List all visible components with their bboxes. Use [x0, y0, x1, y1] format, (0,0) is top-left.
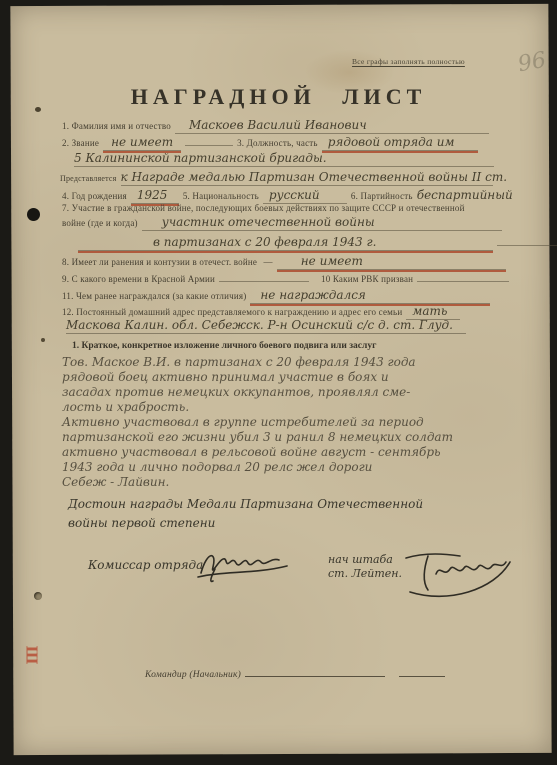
field-position-cont: 5 Калининской партизанской бригады. — [74, 149, 494, 167]
field-nationality-label: 5. Национальность — [183, 191, 259, 201]
feat-conclusion: Достоин награды Медали Партизана Отечест… — [68, 497, 423, 511]
feat-line: Себеж - Лайвин. — [62, 475, 169, 489]
field-name: 1. Фамилия имя и отчество Маскоев Васили… — [62, 116, 489, 134]
blank-line — [185, 135, 233, 146]
field-war-value2: в партизанах с 20 февраля 1943 г. — [78, 235, 493, 251]
field-war-value: участник отечественной войны — [142, 215, 502, 231]
field-birth-value: 1925 — [131, 188, 179, 204]
paper-hole — [34, 592, 42, 600]
field-army-value-blank — [219, 271, 309, 282]
field-position-label: 3. Должность, часть — [237, 138, 318, 148]
feat-line: 1943 года и лично подорвал 20 релс жел д… — [62, 460, 372, 474]
field-war-row: войне (где и когда) участник отечественн… — [62, 213, 502, 231]
fill-all-fields-note: Все графы заполнять полностью — [352, 57, 465, 66]
field-address-cont: Маскова Калин. обл. Себежск. Р-н Осински… — [66, 316, 466, 334]
field-wounds: 8. Имеет ли ранения и контузии в отечест… — [62, 252, 506, 270]
document-title: НАГРАДНОЙ ЛИСТ — [0, 84, 557, 110]
feat-line: рядовой боец активно принимал участие в … — [62, 370, 389, 384]
field-war-label: 7. Участие в гражданской войне, последую… — [62, 203, 465, 213]
field-name-label: 1. Фамилия имя и отчество — [62, 121, 171, 131]
ink-spot — [41, 338, 45, 342]
chief-of-staff-signature — [398, 548, 516, 600]
feat-conclusion: войны первой степени — [68, 516, 215, 530]
scanned-award-sheet: Ш 96 Все графы заполнять полностью НАГРА… — [0, 0, 557, 765]
field-army-label: 9. С какого времени в Красной Армии — [62, 274, 215, 284]
page-number-pencil: 96 — [516, 48, 548, 77]
feat-line: Тов. Маское В.И. в партизанах с 20 февра… — [62, 355, 416, 369]
field-party-value: беспартийный — [417, 188, 513, 202]
field-wounds-value: не имеет — [277, 254, 506, 270]
commander-signature-blank — [245, 666, 385, 677]
punch-hole — [27, 208, 40, 221]
commander-label: Командир (Начальник) — [145, 670, 241, 680]
field-war-label2: войне (где и когда) — [62, 218, 138, 228]
chief-of-staff-rank: ст. Лейтен. — [328, 567, 402, 580]
field-address-value2: Маскова Калин. обл. Себежск. Р-н Осински… — [66, 318, 466, 334]
feat-heading: 1. Краткое, конкретное изложение личного… — [72, 341, 376, 351]
field-rvk-value-blank — [417, 271, 509, 282]
feat-line: партизанской его жизни убил 3 и ранил 8 … — [62, 430, 453, 444]
field-party-label: 6. Партийность — [351, 191, 413, 201]
commissar-signature — [195, 543, 295, 585]
chief-of-staff-label: нач штаба — [328, 553, 393, 566]
field-awards-label: 11. Чем ранее награждался (за какие отли… — [62, 291, 246, 301]
blank-line — [497, 235, 557, 246]
commander-row: Командир (Начальник) — [145, 664, 445, 682]
field-nominate-value: к Награде медалью Партизан Отечественной… — [121, 170, 493, 186]
feat-line: лость и храбрость. — [62, 400, 189, 414]
feat-line: Активно участвовал в группе истребителей… — [62, 415, 424, 429]
commissar-label: Комиссар отряда — [88, 558, 203, 572]
feat-line: активно участвовал в рельсовой войне авг… — [62, 445, 441, 459]
red-margin-mark: Ш — [23, 645, 41, 664]
field-army-row: 9. С какого времени в Красной Армии 10 К… — [62, 269, 509, 287]
field-rank-label: 2. Звание — [62, 138, 99, 148]
field-war-cont: в партизанах с 20 февраля 1943 г. — [78, 233, 557, 251]
field-name-value: Маскоев Василий Иванович — [175, 118, 489, 134]
commander-signature-blank2 — [399, 666, 445, 677]
feat-line: засадах против немецких оккупантов, проя… — [62, 385, 410, 399]
field-nationality-value: русский — [263, 188, 347, 204]
dash: — — [261, 257, 273, 267]
field-birth-label: 4. Год рождения — [62, 191, 127, 201]
field-nominate-label: Представляется — [60, 174, 117, 183]
field-position-value2: 5 Калининской партизанской бригады. — [74, 151, 494, 167]
field-rvk-label: 10 Каким РВК призван — [313, 274, 413, 284]
field-nominate: Представляется к Награде медалью Партиза… — [60, 168, 493, 186]
field-birth-row: 4. Год рождения 1925 5. Национальность р… — [62, 186, 513, 204]
field-wounds-label: 8. Имеет ли ранения и контузии в отечест… — [62, 257, 257, 267]
